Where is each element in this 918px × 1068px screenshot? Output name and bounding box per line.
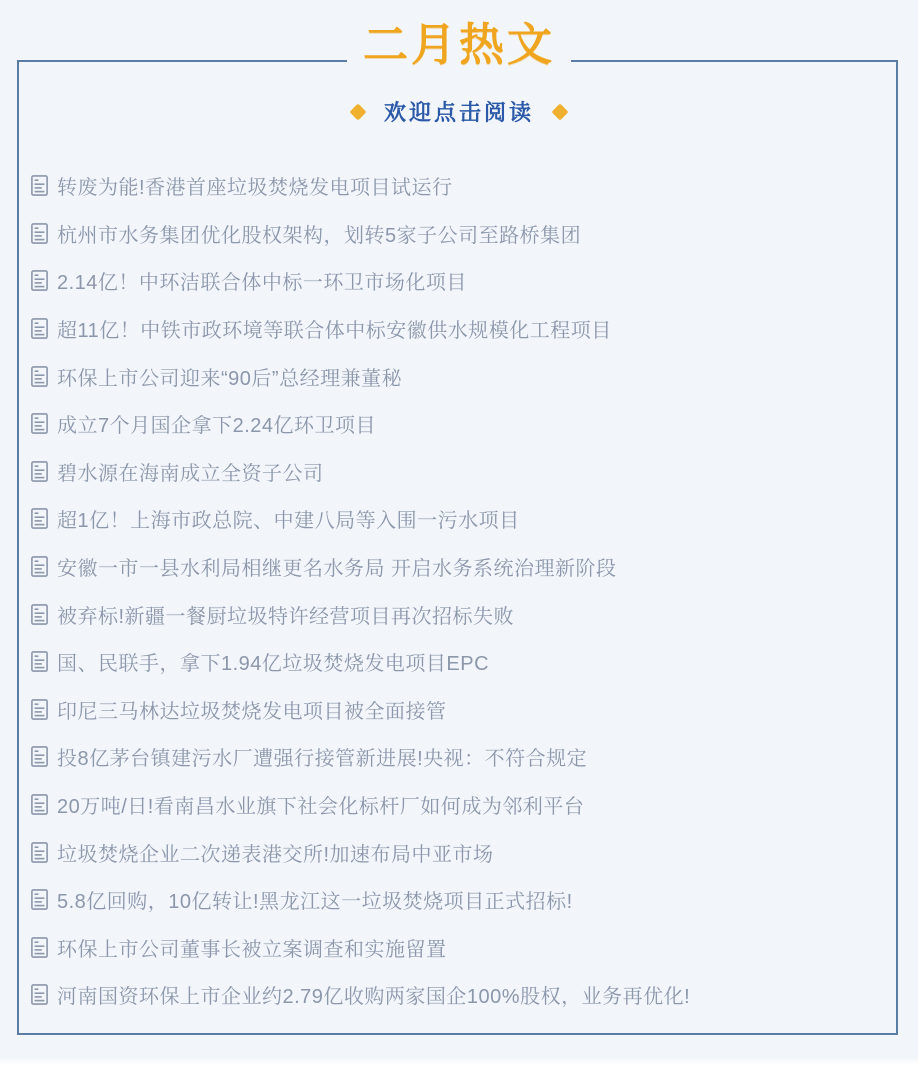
article-list-item[interactable]: 印尼三马林达垃圾焚烧发电项目被全面接管: [31, 686, 878, 734]
article-title: 碧水源在海南成立全资子公司: [57, 457, 324, 486]
article-title: 河南国资环保上市企业约2.79亿收购两家国企100%股权，业务再优化!: [57, 980, 690, 1009]
document-icon: [31, 223, 48, 244]
article-title: 被弃标!新疆一餐厨垃圾特许经营项目再次招标失败: [57, 600, 514, 629]
article-list-item[interactable]: 被弃标!新疆一餐厨垃圾特许经营项目再次招标失败: [31, 590, 878, 638]
document-icon: [31, 413, 48, 434]
article-list-item[interactable]: 安徽一市一县水利局相继更名水务局 开启水务系统治理新阶段: [31, 543, 878, 591]
article-title: 超11亿！中铁市政环境等联合体中标安徽供水规模化工程项目: [57, 314, 612, 343]
article-list-item[interactable]: 河南国资环保上市企业约2.79亿收购两家国企100%股权，业务再优化!: [31, 971, 878, 1019]
article-list: 转废为能!香港首座垃圾焚烧发电项目试运行 杭州市水务集团优化股权架构，划转5家子…: [31, 162, 878, 1019]
article-title: 超1亿！上海市政总院、中建八局等入围一污水项目: [57, 504, 520, 533]
article-list-item[interactable]: 超1亿！上海市政总院、中建八局等入围一污水项目: [31, 495, 878, 543]
document-icon: [31, 270, 48, 291]
article-list-item[interactable]: 成立7个月国企拿下2.24亿环卫项目: [31, 400, 878, 448]
document-icon: [31, 175, 48, 196]
document-icon: [31, 889, 48, 910]
document-icon: [31, 984, 48, 1005]
article-title: 国、民联手，拿下1.94亿垃圾焚烧发电项目EPC: [57, 647, 489, 676]
article-title: 环保上市公司迎来“90后”总经理兼董秘: [57, 362, 402, 391]
document-icon: [31, 508, 48, 529]
article-title: 垃圾焚烧企业二次递表港交所!加速布局中亚市场: [57, 838, 494, 867]
document-icon: [31, 842, 48, 863]
article-list-item[interactable]: 垃圾焚烧企业二次递表港交所!加速布局中亚市场: [31, 828, 878, 876]
article-title: 环保上市公司董事长被立案调查和实施留置: [57, 933, 447, 962]
article-list-item[interactable]: 转废为能!香港首座垃圾焚烧发电项目试运行: [31, 162, 878, 210]
article-list-item[interactable]: 碧水源在海南成立全资子公司: [31, 448, 878, 496]
document-icon: [31, 746, 48, 767]
article-title: 杭州市水务集团优化股权架构，划转5家子公司至路桥集团: [57, 219, 581, 248]
newsletter-page: 二月热文 欢迎点击阅读 转废为能!香港首座垃圾焚烧发电项目试运行: [0, 0, 918, 1068]
article-title: 转废为能!香港首座垃圾焚烧发电项目试运行: [57, 171, 453, 200]
document-icon: [31, 937, 48, 958]
page-title: 二月热文: [347, 17, 571, 73]
document-icon: [31, 318, 48, 339]
document-icon: [31, 461, 48, 482]
article-list-item[interactable]: 2.14亿！中环洁联合体中标一环卫市场化项目: [31, 257, 878, 305]
article-title: 2.14亿！中环洁联合体中标一环卫市场化项目: [57, 266, 467, 295]
article-title: 投8亿茅台镇建污水厂遭强行接管新进展!央视：不符合规定: [57, 742, 587, 771]
article-list-item[interactable]: 国、民联手，拿下1.94亿垃圾焚烧发电项目EPC: [31, 638, 878, 686]
article-title: 20万吨/日!看南昌水业旗下社会化标杆厂如何成为邻利平台: [57, 790, 584, 819]
subtitle-row: 欢迎点击阅读: [0, 96, 918, 127]
diamond-icon: [552, 103, 569, 120]
document-icon: [31, 604, 48, 625]
document-icon: [31, 699, 48, 720]
bottom-strip: [0, 1057, 918, 1068]
article-list-item[interactable]: 环保上市公司迎来“90后”总经理兼董秘: [31, 352, 878, 400]
document-icon: [31, 556, 48, 577]
article-title: 安徽一市一县水利局相继更名水务局 开启水务系统治理新阶段: [57, 552, 617, 581]
article-list-item[interactable]: 20万吨/日!看南昌水业旗下社会化标杆厂如何成为邻利平台: [31, 781, 878, 829]
article-title: 印尼三马林达垃圾焚烧发电项目被全面接管: [57, 695, 447, 724]
article-title: 成立7个月国企拿下2.24亿环卫项目: [57, 409, 376, 438]
article-list-item[interactable]: 超11亿！中铁市政环境等联合体中标安徽供水规模化工程项目: [31, 305, 878, 353]
article-list-item[interactable]: 杭州市水务集团优化股权架构，划转5家子公司至路桥集团: [31, 210, 878, 258]
article-list-item[interactable]: 5.8亿回购，10亿转让!黑龙江这一垃圾焚烧项目正式招标!: [31, 876, 878, 924]
article-title: 5.8亿回购，10亿转让!黑龙江这一垃圾焚烧项目正式招标!: [57, 885, 573, 914]
diamond-icon: [349, 103, 366, 120]
subtitle-text: 欢迎点击阅读: [384, 96, 534, 127]
document-icon: [31, 794, 48, 815]
article-list-item[interactable]: 环保上市公司董事长被立案调查和实施留置: [31, 924, 878, 972]
document-icon: [31, 366, 48, 387]
document-icon: [31, 651, 48, 672]
article-list-item[interactable]: 投8亿茅台镇建污水厂遭强行接管新进展!央视：不符合规定: [31, 733, 878, 781]
